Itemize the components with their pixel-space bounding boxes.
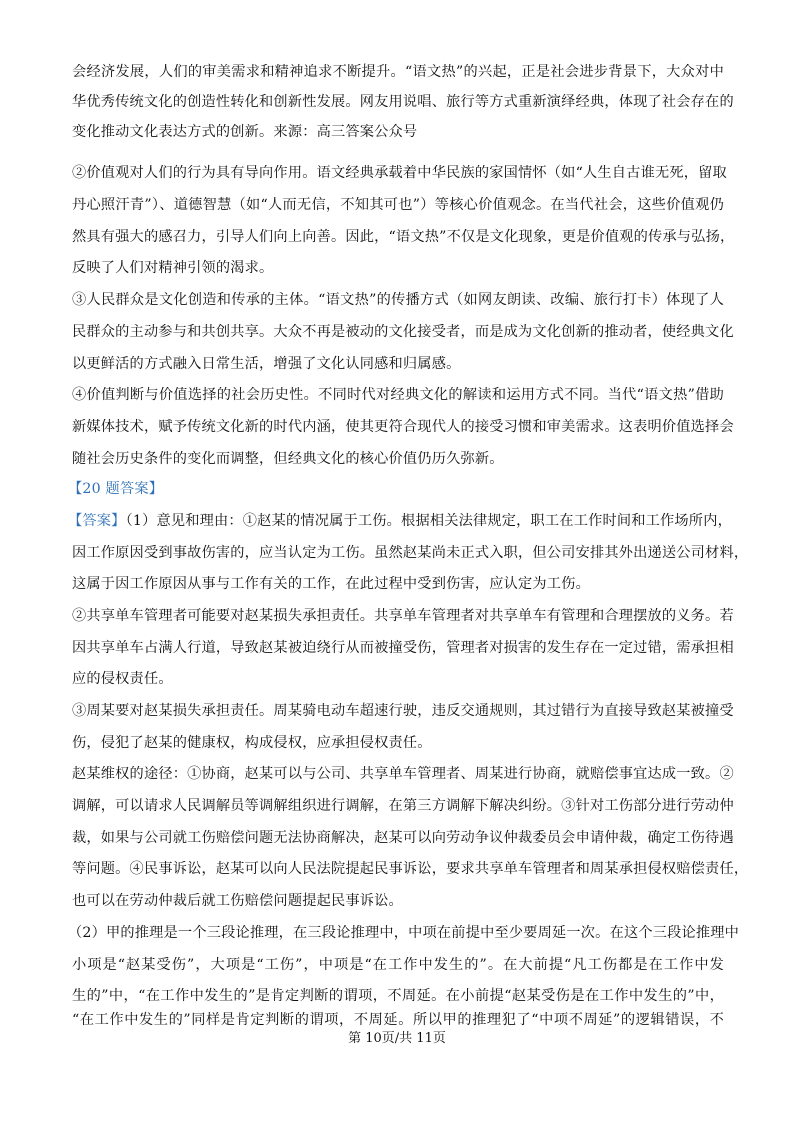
paragraph-line: 民群众的主动参与和共创共享。大众不再是被动的文化接受者，而是成为文化创新的推动者… (72, 322, 724, 342)
page-footer: 第 10页/共 11页 (0, 1030, 794, 1048)
paragraph-line: 赵某维权的途径：①协商，赵某可以与公司、共享单车管理者、周某进行协商，就赔偿事宜… (72, 764, 724, 784)
paragraph-line: 伤，侵犯了赵某的健康权，构成侵权，应承担侵权责任。 (72, 733, 724, 753)
section-label: 【20 题答案】 (68, 479, 720, 499)
paragraph-line: 裁，如果与公司就工伤赔偿问题无法协商解决，赵某可以向劳动争议仲裁委员会申请仲裁，… (72, 828, 724, 848)
paragraph-line: 然具有强大的感召力，引导人们向上向善。因此，“语文热”不仅是文化现象，更是价值观… (72, 227, 724, 247)
paragraph-line: 因工作原因受到事故伤害的，应当认定为工伤。虽然赵某尚未正式入职，但公司安排其外出… (72, 543, 724, 563)
paragraph-line: 调解，可以请求人民调解员等调解组织进行调解，在第三方调解下解决纠纷。③针对工伤部… (72, 796, 724, 816)
paragraph-line: “在工作中发生的”同样是肯定判断的谓项，不周延。所以甲的推理犯了“中项不周延”的… (72, 1010, 724, 1030)
paragraph-line: 应的侵权责任。 (72, 669, 724, 689)
paragraph-line: 变化推动文化表达方式的创新。来源：高三答案公众号 (72, 122, 724, 142)
paragraph-line: （1）意见和理由：①赵某的情况属于工伤。根据相关法律规定，职工在工作时间和工作场… (126, 513, 732, 529)
paragraph-line: 会经济发展，人们的审美需求和精神追求不断提升。“语文热”的兴起，正是社会进步背景… (72, 62, 724, 82)
paragraph-line: ③人民群众是文化创造和传承的主体。“语文热”的传播方式（如网友朗读、改编、旅行打… (72, 290, 724, 310)
answer-first-line: 【答案】（1）意见和理由：①赵某的情况属于工伤。根据相关法律规定，职工在工作时间… (68, 511, 724, 531)
paragraph-line: 生的”中，“在工作中发生的”是肯定判断的谓项，不周延。在小前提“赵某受伤是在工作… (72, 986, 724, 1006)
paragraph-line: 随社会历史条件的变化而调整，但经典文化的核心价值仍历久弥新。 (72, 449, 724, 469)
paragraph-line: 因共享单车占满人行道，导致赵某被迫绕行从而被撞受伤，管理者对损害的发生存在一定过… (72, 638, 724, 658)
paragraph-line: 小项是“赵某受伤”，大项是“工伤”，中项是“在工作中发生的”。在大前提“凡工伤都… (72, 955, 724, 975)
paragraph-line: 也可以在劳动仲裁后就工伤赔偿问题提起民事诉讼。 (72, 891, 724, 911)
paragraph-line: （2）甲的推理是一个三段论推理，在三段论推理中，中项在前提中至少要周延一次。在这… (68, 923, 724, 943)
paragraph-line: 新媒体技术，赋予传统文化新的时代内涵，使其更符合现代人的接受习惯和审美需求。这表… (72, 417, 724, 437)
paragraph-line: 这属于因工作原因从事与工作有关的工作，在此过程中受到伤害，应认定为工伤。 (72, 574, 724, 594)
answer-label: 【答案】 (68, 513, 126, 529)
paragraph-line: ②共享单车管理者可能要对赵某损失承担责任。共享单车管理者对共享单车有管理和合理摆… (72, 606, 724, 626)
paragraph-line: ④价值判断与价值选择的社会历史性。不同时代对经典文化的解读和运用方式不同。当代“… (72, 385, 724, 405)
paragraph-line: ②价值观对人们的行为具有导向作用。语文经典承载着中华民族的家国情怀（如“人生自古… (72, 163, 724, 183)
paragraph-line: 丹心照汗青”）、道德智慧（如“人而无信，不知其可也”）等核心价值观念。在当代社会… (72, 195, 724, 215)
paragraph-line: 以更鲜活的方式融入日常生活，增强了文化认同感和归属感。 (72, 354, 724, 374)
paragraph-line: 华优秀传统文化的创造性转化和创新性发展。网友用说唱、旅行等方式重新演绎经典，体现… (72, 92, 724, 112)
paragraph-line: 反映了人们对精神引领的渴求。 (72, 258, 724, 278)
paragraph-line: 等问题。④民事诉讼，赵某可以向人民法院提起民事诉讼，要求共享单车管理者和周某承担… (72, 859, 724, 879)
paragraph-line: ③周某要对赵某损失承担责任。周某骑电动车超速行驶，违反交通规则，其过错行为直接导… (72, 701, 724, 721)
